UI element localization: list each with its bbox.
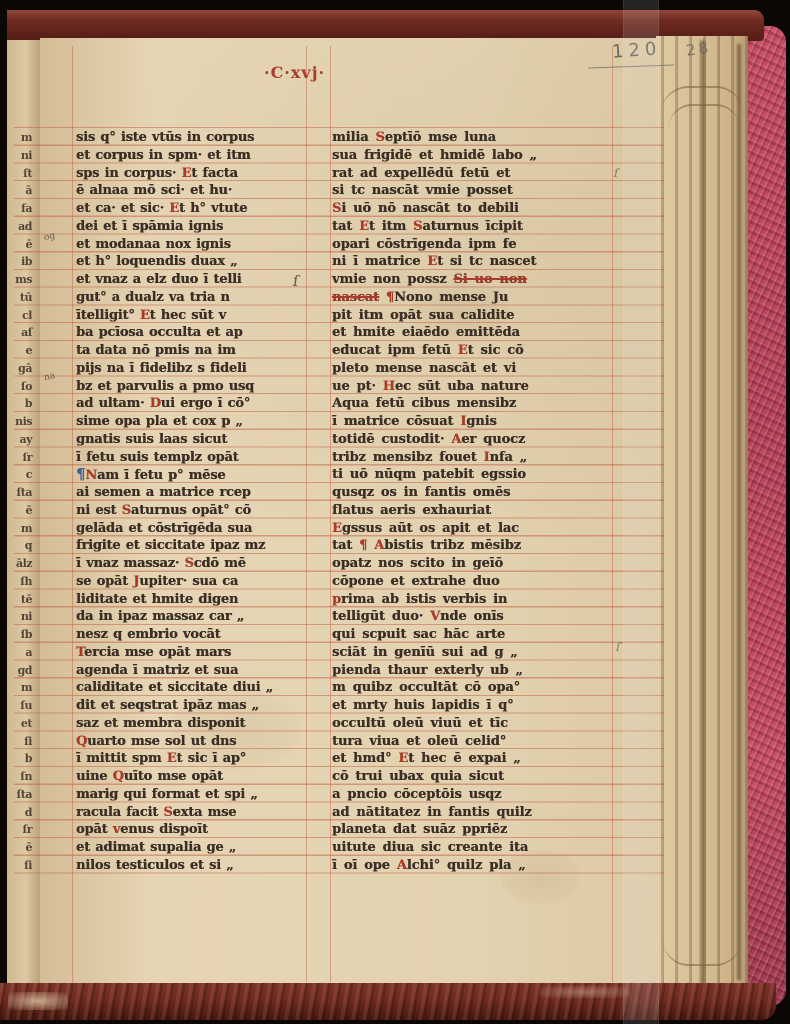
curled-page-corner bbox=[662, 908, 742, 966]
rubricated-text: S bbox=[332, 201, 341, 216]
rubricated-text: T bbox=[76, 645, 84, 660]
text-line: pit itm opāt sua calidite bbox=[332, 307, 620, 325]
ink-text: ī oī ope bbox=[332, 858, 397, 873]
ink-text: t sic ī ap° bbox=[176, 751, 246, 766]
reading-room-strap bbox=[623, 0, 659, 1024]
text-line: et ca· et sic· Et h° vtute bbox=[76, 200, 308, 218]
text-line: qusqz os in fantis omēs bbox=[332, 484, 620, 502]
text-line: milia Septīō mse luna bbox=[332, 129, 620, 147]
text-line: marig qui format et spi „ bbox=[76, 786, 308, 804]
rubricated-text: E bbox=[458, 343, 468, 358]
ink-text: uine bbox=[76, 769, 113, 784]
ink-text: opari cōstrīgenda ipm fe bbox=[332, 237, 516, 252]
blue-initial: ¶ bbox=[76, 465, 85, 483]
ink-text: i uō nō nascāt to debili bbox=[341, 201, 518, 216]
ink-text: ercia mse opāt mars bbox=[84, 645, 231, 660]
rubricated-text: E bbox=[140, 308, 150, 323]
text-line: ī matrice cōsuat Ignis bbox=[332, 413, 620, 431]
text-line: cōpone et extrahe duo bbox=[332, 573, 620, 591]
text-line: ue pt· Hec sūt uba nature bbox=[332, 378, 620, 396]
text-line: ad ultam· Dui ergo ī cō° bbox=[76, 395, 308, 413]
ink-text: gut° a dualz va tria n bbox=[76, 290, 230, 305]
page-stack-streak bbox=[737, 44, 741, 980]
ink-text: sciāt in genīū sui ad g „ bbox=[332, 645, 518, 660]
rubricated-text: E bbox=[427, 254, 437, 269]
ink-text: Aqua fetū cibus mensibz bbox=[332, 396, 516, 411]
ink-text: ba pcīosa occulta et ap bbox=[76, 325, 242, 340]
text-line: gut° a dualz va tria n bbox=[76, 289, 308, 307]
text-line: prima ab istis verbis in bbox=[332, 591, 620, 609]
ink-text: pleto mense nascāt et vi bbox=[332, 361, 516, 376]
ink-text: et ca· et sic· bbox=[76, 201, 169, 216]
text-line: et hmd° Et hec ē expai „ bbox=[332, 750, 620, 768]
text-line: et modanaa nox ignis bbox=[76, 236, 308, 254]
text-line: pleto mense nascāt et vi bbox=[332, 360, 620, 378]
ink-text: et h° loquendis duax „ bbox=[76, 254, 237, 269]
text-line: gnatis suis laas sicut bbox=[76, 431, 308, 449]
text-line: a pncio cōceptōis usqz bbox=[332, 786, 620, 804]
leather-worn-spot bbox=[8, 992, 68, 1010]
ink-text: t hec sūt v bbox=[150, 308, 226, 323]
ink-text: pijs na ī fidelibz s fideli bbox=[76, 361, 246, 376]
text-line: bz et parvulis a pmo usq bbox=[76, 378, 308, 396]
ink-text: dit et seqstrat ipāz mas „ bbox=[76, 698, 259, 713]
ink-text: cō trui ubax quia sicut bbox=[332, 769, 504, 784]
text-line: saz et membra disponit bbox=[76, 715, 308, 733]
ink-text: uīto mse opāt bbox=[124, 769, 223, 784]
text-line: cō trui ubax quia sicut bbox=[332, 768, 620, 786]
text-line: et h° loquendis duax „ bbox=[76, 253, 308, 271]
ink-text: telligūt duo· bbox=[332, 609, 430, 624]
ink-text: ue pt· bbox=[332, 379, 383, 394]
text-line: nesz q embrio vocāt bbox=[76, 626, 308, 644]
text-line: ¶Nam ī fetu p° mēse bbox=[76, 466, 308, 484]
rubricated-text: E bbox=[359, 219, 369, 234]
text-line: tat ¶ Abistis tribz mēsibz bbox=[332, 537, 620, 555]
text-line: Aqua fetū cibus mensibz bbox=[332, 395, 620, 413]
ink-text: gnis bbox=[466, 414, 496, 429]
ink-text: si tc nascāt vmie posset bbox=[332, 183, 513, 198]
ink-text: cōpone et extrahe duo bbox=[332, 574, 500, 589]
text-line: rat ad expellēdū fetū et bbox=[332, 165, 620, 183]
ink-text: t hec ē expai „ bbox=[408, 751, 520, 766]
ink-text: aturnus īcipit bbox=[422, 219, 522, 234]
ink-text: tura viua et oleū celid° bbox=[332, 734, 506, 749]
text-line: sis q° iste vtūs in corpus bbox=[76, 129, 308, 147]
rubricated-text: E bbox=[182, 166, 192, 181]
rubricated-text: E bbox=[398, 751, 408, 766]
ink-text: ni ī matrice bbox=[332, 254, 427, 269]
ink-text: se opāt bbox=[76, 574, 133, 589]
text-line: ī mittit spm Et sic ī ap° bbox=[76, 750, 308, 768]
book-cover-bottom-edge bbox=[0, 983, 776, 1020]
rubricated-text: Q bbox=[113, 769, 124, 784]
ink-text: qui scpuit sac hāc arte bbox=[332, 627, 505, 642]
ink-text: nde onīs bbox=[440, 609, 503, 624]
rubricated-text: E bbox=[167, 751, 177, 766]
ink-text: ec sūt uba nature bbox=[395, 379, 529, 394]
ink-text: occultū oleū viuū et tīc bbox=[332, 716, 508, 731]
text-line: opari cōstrīgenda ipm fe bbox=[332, 236, 620, 254]
text-line: caliditate et siccitate diui „ bbox=[76, 679, 308, 697]
red-struck-text: Si uo non bbox=[453, 272, 526, 287]
ink-text: qusqz os in fantis omēs bbox=[332, 485, 510, 500]
ruled-line-vertical bbox=[330, 46, 331, 982]
ink-text: sis q° iste vtūs in corpus bbox=[76, 130, 254, 145]
text-line: uitute diua sic creante ita bbox=[332, 839, 620, 857]
rubricated-text: S bbox=[375, 130, 384, 145]
ink-text: planeta dat suāz ppriēz bbox=[332, 822, 507, 837]
text-line: gelāda et cōstrīgēda sua bbox=[76, 520, 308, 538]
ink-text: da in ipaz massaz car „ bbox=[76, 609, 244, 624]
text-line: et corpus in spm· et itm bbox=[76, 147, 308, 165]
ink-text: vmie non possz bbox=[332, 272, 453, 287]
text-line: et mrty huis lapidis ī q° bbox=[332, 697, 620, 715]
ink-text: saz et membra disponit bbox=[76, 716, 245, 731]
ink-text: am ī fetu p° mēse bbox=[97, 468, 225, 483]
manuscript-photo: mniſtāfaadēibmstūclaſegāſobnisayſrcſtaēm… bbox=[0, 0, 790, 1024]
rubricated-text: A bbox=[374, 538, 384, 553]
text-line: ītelligit° Et hec sūt v bbox=[76, 307, 308, 325]
rubricated-text: E bbox=[332, 521, 342, 536]
ink-text: et corpus in spm· et itm bbox=[76, 148, 250, 163]
text-line: tura viua et oleū celid° bbox=[332, 733, 620, 751]
ink-text: ad nātitatez in fantis quilz bbox=[332, 805, 532, 820]
ink-text: lchi° quilz pla „ bbox=[407, 858, 526, 873]
text-line: et adimat supalia ge „ bbox=[76, 839, 308, 857]
ink-text: racula facit bbox=[76, 805, 163, 820]
rubricated-text: A bbox=[397, 858, 407, 873]
page-stack-streak bbox=[700, 40, 705, 984]
book-cover-pink-leather bbox=[746, 26, 786, 1006]
text-line: uine Quīto mse opāt bbox=[76, 768, 308, 786]
ink-text: nesz q embrio vocāt bbox=[76, 627, 220, 642]
text-line: dei et ī spāmia ignis bbox=[76, 218, 308, 236]
ink-text: totidē custodit· bbox=[332, 432, 451, 447]
ink-text: ad ultam· bbox=[76, 396, 150, 411]
text-line: ē alnaa mō sci· et hu· bbox=[76, 182, 308, 200]
rubricated-text: ¶ bbox=[386, 290, 394, 305]
ink-text: ī matrice cōsuat bbox=[332, 414, 460, 429]
ink-text: sua frigidē et hmidē labo „ bbox=[332, 148, 537, 163]
ink-text: ni est bbox=[76, 503, 122, 518]
ink-text: gelāda et cōstrīgēda sua bbox=[76, 521, 252, 536]
text-line: planeta dat suāz ppriēz bbox=[332, 821, 620, 839]
ink-text: milia bbox=[332, 130, 375, 145]
text-line: si tc nascāt vmie posset bbox=[332, 182, 620, 200]
rubricated-text: S bbox=[122, 503, 131, 518]
text-column-right: milia Septīō mse lunasua frigidē et hmid… bbox=[332, 129, 620, 875]
ink-text: rima ab istis verbis in bbox=[341, 592, 507, 607]
ruled-line-vertical bbox=[72, 46, 73, 982]
text-line: ni est Saturnus opāt° cō bbox=[76, 502, 308, 520]
ink-text: tribz mensibz fouet bbox=[332, 450, 484, 465]
text-line: m quibz occultāt cō opa° bbox=[332, 679, 620, 697]
ink-text: t itm bbox=[369, 219, 413, 234]
ink-text: rat ad expellēdū fetū et bbox=[332, 166, 510, 181]
text-line: sps in corpus· Et facta bbox=[76, 165, 308, 183]
ink-text: Nono mense Ju bbox=[394, 290, 508, 305]
text-line: qui scpuit sac hāc arte bbox=[332, 626, 620, 644]
ink-text: ui ergo ī cō° bbox=[161, 396, 250, 411]
ink-text: t si tc nascet bbox=[437, 254, 536, 269]
text-line: Quarto mse sol ut dns bbox=[76, 733, 308, 751]
ink-text: educat ipm fetū bbox=[332, 343, 458, 358]
text-line: se opāt Jupiter· sua ca bbox=[76, 573, 308, 591]
ink-text: ē alnaa mō sci· et hu· bbox=[76, 183, 232, 198]
ink-text: aturnus opāt° cō bbox=[131, 503, 251, 518]
ink-text: ta data nō pmis na im bbox=[76, 343, 236, 358]
ink-text: et hmd° bbox=[332, 751, 398, 766]
text-line: sciāt in genīū sui ad g „ bbox=[332, 644, 620, 662]
ink-text: uarto mse sol ut dns bbox=[87, 734, 236, 749]
text-line: totidē custodit· Aer quocz bbox=[332, 431, 620, 449]
ink-text: flatus aeris exhauriat bbox=[332, 503, 491, 518]
text-line: agenda ī matriz et sua bbox=[76, 662, 308, 680]
rubricated-text: E bbox=[169, 201, 179, 216]
text-line: da in ipaz massaz car „ bbox=[76, 608, 308, 626]
ink-text: cdō mē bbox=[194, 556, 246, 571]
text-line: opatz nos scito in geīō bbox=[332, 555, 620, 573]
text-line: occultū oleū viuū et tīc bbox=[332, 715, 620, 733]
ink-text: ī vnaz massaz· bbox=[76, 556, 184, 571]
ink-text: pit itm opāt sua calidite bbox=[332, 308, 514, 323]
ink-text: gssus aūt os apit et lac bbox=[342, 521, 519, 536]
text-line: et hmite eiaēdo emittēda bbox=[332, 324, 620, 342]
text-line: nilos testiculos et si „ bbox=[76, 857, 308, 875]
text-line: Egssus aūt os apit et lac bbox=[332, 520, 620, 538]
ink-text: opāt bbox=[76, 822, 113, 837]
text-line: sua frigidē et hmidē labo „ bbox=[332, 147, 620, 165]
text-column-left: sis q° iste vtūs in corpuset corpus in s… bbox=[76, 129, 308, 875]
ink-text bbox=[379, 290, 386, 305]
ink-text: et mrty huis lapidis ī q° bbox=[332, 698, 514, 713]
ink-text: et vnaz a elz duo ī telli bbox=[76, 272, 242, 287]
rubricated-text: Q bbox=[76, 734, 87, 749]
text-line: ad nātitatez in fantis quilz bbox=[332, 804, 620, 822]
ink-text: upiter· sua ca bbox=[139, 574, 238, 589]
ink-text: pienda thaur exterly ub „ bbox=[332, 663, 523, 678]
ink-text: m quibz occultāt cō opa° bbox=[332, 680, 520, 695]
ink-text: t h° vtute bbox=[179, 201, 247, 216]
rubricated-text: S bbox=[163, 805, 172, 820]
text-line: et vnaz a elz duo ī telli bbox=[76, 271, 308, 289]
ink-text: caliditate et siccitate diui „ bbox=[76, 680, 273, 695]
text-line: ai semen a matrice rcep bbox=[76, 484, 308, 502]
rubricated-text: ¶ bbox=[359, 538, 367, 553]
ink-text: nfa „ bbox=[490, 450, 527, 465]
text-line: frigite et siccitate ipaz mz bbox=[76, 537, 308, 555]
rubricated-text: H bbox=[383, 379, 395, 394]
ink-text: ī mittit spm bbox=[76, 751, 167, 766]
chapter-heading-rubric: ·C·xvj· bbox=[264, 63, 325, 82]
text-line: liditate et hmite digen bbox=[76, 591, 308, 609]
text-line: tribz mensibz fouet Infa „ bbox=[332, 449, 620, 467]
text-line: pijs na ī fidelibz s fideli bbox=[76, 360, 308, 378]
curled-page-corner bbox=[668, 104, 740, 156]
ink-text: t facta bbox=[191, 166, 238, 181]
background-left bbox=[0, 0, 7, 1024]
ink-text: ī fetu suis templz opāt bbox=[76, 450, 238, 465]
text-line: dit et seqstrat ipāz mas „ bbox=[76, 697, 308, 715]
ink-text: tat bbox=[332, 219, 359, 234]
text-line: Tercia mse opāt mars bbox=[76, 644, 308, 662]
ink-text: et adimat supalia ge „ bbox=[76, 840, 236, 855]
ink-text: agenda ī matriz et sua bbox=[76, 663, 238, 678]
text-line: pienda thaur exterly ub „ bbox=[332, 662, 620, 680]
ink-text: t sic cō bbox=[468, 343, 524, 358]
text-line: flatus aeris exhauriat bbox=[332, 502, 620, 520]
ink-text: bz et parvulis a pmo usq bbox=[76, 379, 254, 394]
rubricated-text: S bbox=[413, 219, 422, 234]
ink-text: a pncio cōceptōis usqz bbox=[332, 787, 501, 802]
text-line: ī vnaz massaz· Scdō mē bbox=[76, 555, 308, 573]
ink-text: et modanaa nox ignis bbox=[76, 237, 231, 252]
ink-text: sime opa pla et cox p „ bbox=[76, 414, 243, 429]
ink-text: uitute diua sic creante ita bbox=[332, 840, 528, 855]
ink-text: nilos testiculos et si „ bbox=[76, 858, 233, 873]
ink-text: liditate et hmite digen bbox=[76, 592, 238, 607]
text-line: Si uō nō nascāt to debili bbox=[332, 200, 620, 218]
ink-text: exta mse bbox=[173, 805, 237, 820]
text-line: ī oī ope Alchi° quilz pla „ bbox=[332, 857, 620, 875]
ink-text: tat bbox=[332, 538, 359, 553]
text-line: ni ī matrice Et si tc nascet bbox=[332, 253, 620, 271]
rubricated-text: V bbox=[430, 609, 440, 624]
text-line: ī fetu suis templz opāt bbox=[76, 449, 308, 467]
rubricated-text: D bbox=[150, 396, 161, 411]
text-line: sime opa pla et cox p „ bbox=[76, 413, 308, 431]
text-line: tat Et itm Saturnus īcipit bbox=[332, 218, 620, 236]
rubricated-text: p bbox=[332, 592, 341, 607]
rubricated-text: S bbox=[184, 556, 193, 571]
text-line: vmie non possz Si uo non bbox=[332, 271, 620, 289]
rubricated-text: N bbox=[85, 468, 97, 483]
ink-text: gnatis suis laas sicut bbox=[76, 432, 227, 447]
leather-worn-spot bbox=[540, 986, 630, 998]
ink-text: dei et ī spāmia ignis bbox=[76, 219, 223, 234]
ink-text: bistis tribz mēsibz bbox=[384, 538, 521, 553]
rubricated-text: A bbox=[451, 432, 461, 447]
ink-text: et hmite eiaēdo emittēda bbox=[332, 325, 520, 340]
ink-text: ai semen a matrice rcep bbox=[76, 485, 251, 500]
red-struck-text: nascat bbox=[332, 290, 379, 305]
ink-text: marig qui format et spi „ bbox=[76, 787, 258, 802]
text-line: ba pcīosa occulta et ap bbox=[76, 324, 308, 342]
ink-text: frigite et siccitate ipaz mz bbox=[76, 538, 265, 553]
text-line: nascat ¶Nono mense Ju bbox=[332, 289, 620, 307]
ink-text: sps in corpus· bbox=[76, 166, 182, 181]
fore-edge-pencil-number: 28 bbox=[685, 38, 712, 59]
text-line: opāt venus dispoīt bbox=[76, 821, 308, 839]
ink-text: opatz nos scito in geīō bbox=[332, 556, 503, 571]
ink-text: ti uō nūqm patebit egssio bbox=[332, 467, 526, 482]
rubricated-text: v bbox=[113, 822, 120, 837]
text-line: educat ipm fetū Et sic cō bbox=[332, 342, 620, 360]
ink-text: eptīō mse luna bbox=[385, 130, 496, 145]
ink-text: er quocz bbox=[461, 432, 525, 447]
ink-text: enus dispoīt bbox=[120, 822, 208, 837]
text-line: ta data nō pmis na im bbox=[76, 342, 308, 360]
ink-text: ītelligit° bbox=[76, 308, 140, 323]
text-line: ti uō nūqm patebit egssio bbox=[332, 466, 620, 484]
text-line: racula facit Sexta mse bbox=[76, 804, 308, 822]
text-line: telligūt duo· Vnde onīs bbox=[332, 608, 620, 626]
